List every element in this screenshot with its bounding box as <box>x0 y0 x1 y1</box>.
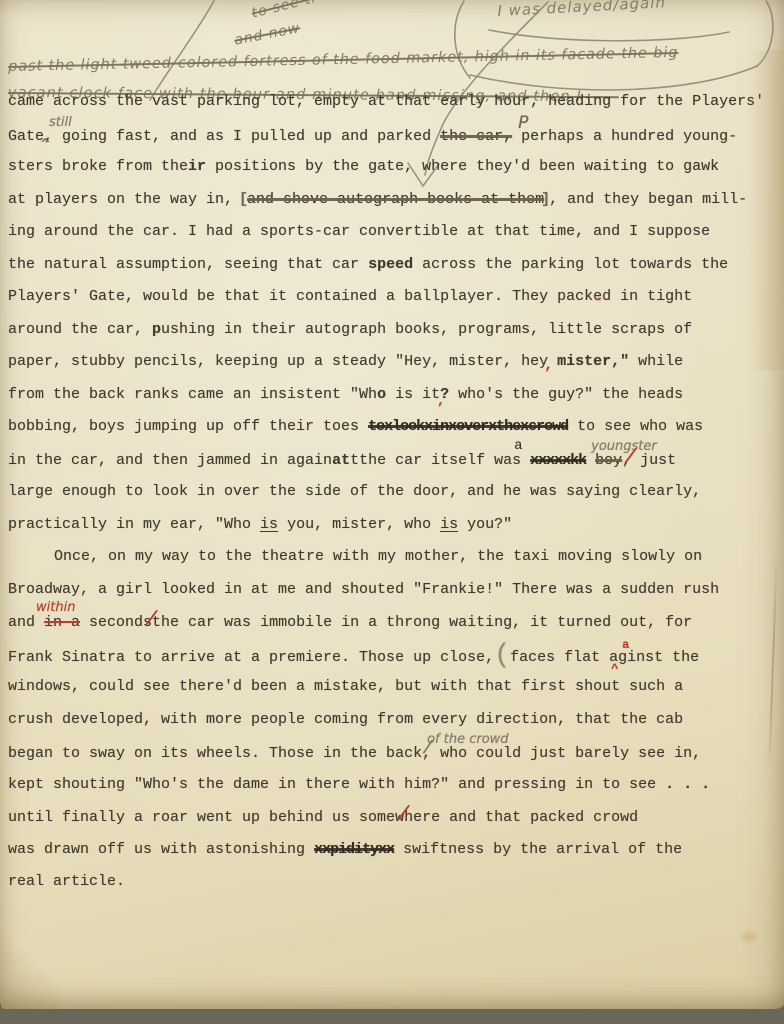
typescript-body: came across the vast parking lot, empty … <box>8 86 784 899</box>
text-run: at players on the way in, <box>8 191 242 208</box>
text-run: large enough to look in over the side of… <box>8 483 701 500</box>
edit-mark-b: mister," <box>557 353 629 370</box>
typescript-line-7: Players' Gate, would be that it containe… <box>8 281 784 314</box>
text-run: practically in my ear, "Who <box>8 516 260 533</box>
edit-mark-pencil-b: [ <box>239 184 244 217</box>
text-run: Broadway, a girl looked in at me and sho… <box>8 581 719 598</box>
text-run: swiftness by the arrival of the <box>394 841 682 858</box>
typescript-line-17: and withinin a seconds/the car was immob… <box>8 606 784 639</box>
text-run: until finally a roar went up behind us s… <box>8 809 404 826</box>
bubble-right-curve <box>757 1 773 66</box>
text-run: tthe car itself was <box>350 452 530 469</box>
edit-mark-st: and shove autograph books at them <box>247 191 544 208</box>
typescript-line-23: until finally a roar went up behind us s… <box>8 801 784 834</box>
edit-mark-st: boy <box>595 452 622 469</box>
typescript-line-25: real article. <box>8 866 784 899</box>
text-run: paper, stubby pencils, keeping up a stea… <box>8 353 548 370</box>
typescript-line-13: large enough to look in over the side of… <box>8 476 784 509</box>
text-run: positions by the gate, where they'd been… <box>206 158 719 175</box>
typescript-line-3: sters broke from their positions by the … <box>8 151 784 184</box>
edit-mark-str: in a <box>44 614 80 631</box>
edit-mark-x: toxlookxinxoverxthexcrowd <box>368 418 568 435</box>
typescript-line-22: kept shouting "Who's the dame in there w… <box>8 769 784 802</box>
text-run: from the back ranks came an insistent "W… <box>8 386 377 403</box>
text-run: around the car, <box>8 321 152 338</box>
typescript-line-24: was drawn off us with astonishing xxpidi… <box>8 834 784 867</box>
text-run: bobbing, boys jumping up off their toes <box>8 418 368 435</box>
typescript-line-18: Frank Sinatra to arrive at a premiere. T… <box>8 639 784 672</box>
typescript-line-20: crush developed, with more people coming… <box>8 704 784 737</box>
text-run: began to sway on its wheels. Those in th… <box>8 745 431 762</box>
typescript-line-6: the natural assumption, seeing that car … <box>8 249 784 282</box>
text-run: here and that packed crowd <box>404 809 638 826</box>
typescript-line-16: Broadway, a girl looked in at me and sho… <box>8 574 784 607</box>
text-run: who's the guy?" the heads <box>449 386 683 403</box>
text-run: faces flat ag <box>501 649 627 666</box>
text-run: Players' Gate, would be that it containe… <box>8 288 692 305</box>
bubble-left-curve <box>455 1 470 78</box>
typescript-line-15: Once, on my way to the theatre with my m… <box>8 541 784 574</box>
text-run: inst the <box>627 649 699 666</box>
edit-mark-st: the car, <box>440 128 512 145</box>
edit-mark-b: ir <box>188 158 206 175</box>
text-run: the natural assumption, seeing that car <box>8 256 368 273</box>
text-run: was drawn off us with astonishing <box>8 841 314 858</box>
text-run: you, mister, who <box>278 516 440 533</box>
text-run: , and they began mill- <box>549 191 747 208</box>
edit-mark-u: is <box>260 516 278 533</box>
text-run: across the parking lot towards the <box>413 256 728 273</box>
text-run: while <box>629 353 683 370</box>
text-run: seconds <box>80 614 152 631</box>
text-run: just <box>631 452 676 469</box>
typescript-line-5: ing around the car. I had a sports-car c… <box>8 216 784 249</box>
text-run: ushing in their autograph books, program… <box>161 321 692 338</box>
text-run: kept shouting "Who's the dame in there w… <box>8 776 665 793</box>
text-run: going fast, and as I pulled up and parke… <box>53 128 440 145</box>
text-run: ing around the car. I had a sports-car c… <box>8 223 710 240</box>
typescript-line-11: bobbing, boys jumping up off their toes … <box>8 411 784 444</box>
typescript-line-8: around the car, pushing in their autogra… <box>8 314 784 347</box>
text-run: sters broke from the <box>8 158 188 175</box>
typescript-line-1: came across the vast parking lot, empty … <box>8 86 784 119</box>
text-run: came across the vast parking lot, empty … <box>8 93 764 110</box>
text-run: and <box>8 614 44 631</box>
typescript-line-4: at players on the way in, [and shove aut… <box>8 184 784 217</box>
text-run: in the car, and then jammed in again <box>8 452 332 469</box>
typescript-line-12: in the car, and then jammed in againattt… <box>8 444 784 477</box>
typescript-line-14: practically in my ear, "Who is you, mist… <box>8 509 784 542</box>
paper-sheet: past the light tweed-colored fortress of… <box>0 0 784 1009</box>
bubble-underline <box>489 30 729 41</box>
edit-mark-x: xxxxxkk <box>530 452 586 469</box>
text-run: is it <box>386 386 440 403</box>
typescript-line-10: from the back ranks came an insistent "W… <box>8 379 784 412</box>
typescript-line-2: Gate,^still going fast, and as I pulled … <box>8 119 784 152</box>
edit-mark-b: p <box>152 321 161 338</box>
typescript-line-9: paper, stubby pencils, keeping up a stea… <box>8 346 784 379</box>
typescript-line-21: began to sway on its wheels. Those in th… <box>8 736 784 769</box>
text-run: crush developed, with more people coming… <box>8 711 683 728</box>
edit-mark-b: . . . <box>665 776 710 793</box>
text-run: you?" <box>458 516 512 533</box>
text-run: the car was immobile in a throng waiting… <box>152 614 692 631</box>
edit-mark-b: o <box>377 386 386 403</box>
text-run: Once, on my way to the theatre with my m… <box>54 548 702 565</box>
edit-mark-u: is <box>440 516 458 533</box>
typescript-line-19: windows, could see there'd been a mistak… <box>8 671 784 704</box>
edit-mark-pencil-b: ] <box>541 184 546 217</box>
text-run: real article. <box>8 873 125 890</box>
edit-mark-b: at <box>332 452 350 469</box>
edit-mark-b: speed <box>368 256 413 273</box>
text-run: to see who was <box>568 418 703 435</box>
text-run: who could just barely see in, <box>431 745 701 762</box>
edit-mark-pencil-paren: ( <box>494 640 501 673</box>
text-run: windows, could see there'd been a mistak… <box>8 678 683 695</box>
text-run: perhaps a hundred young- <box>521 128 737 145</box>
edit-mark-x: xxpidityxx <box>314 841 394 858</box>
text-run: Frank Sinatra to arrive at a premiere. T… <box>8 649 494 666</box>
